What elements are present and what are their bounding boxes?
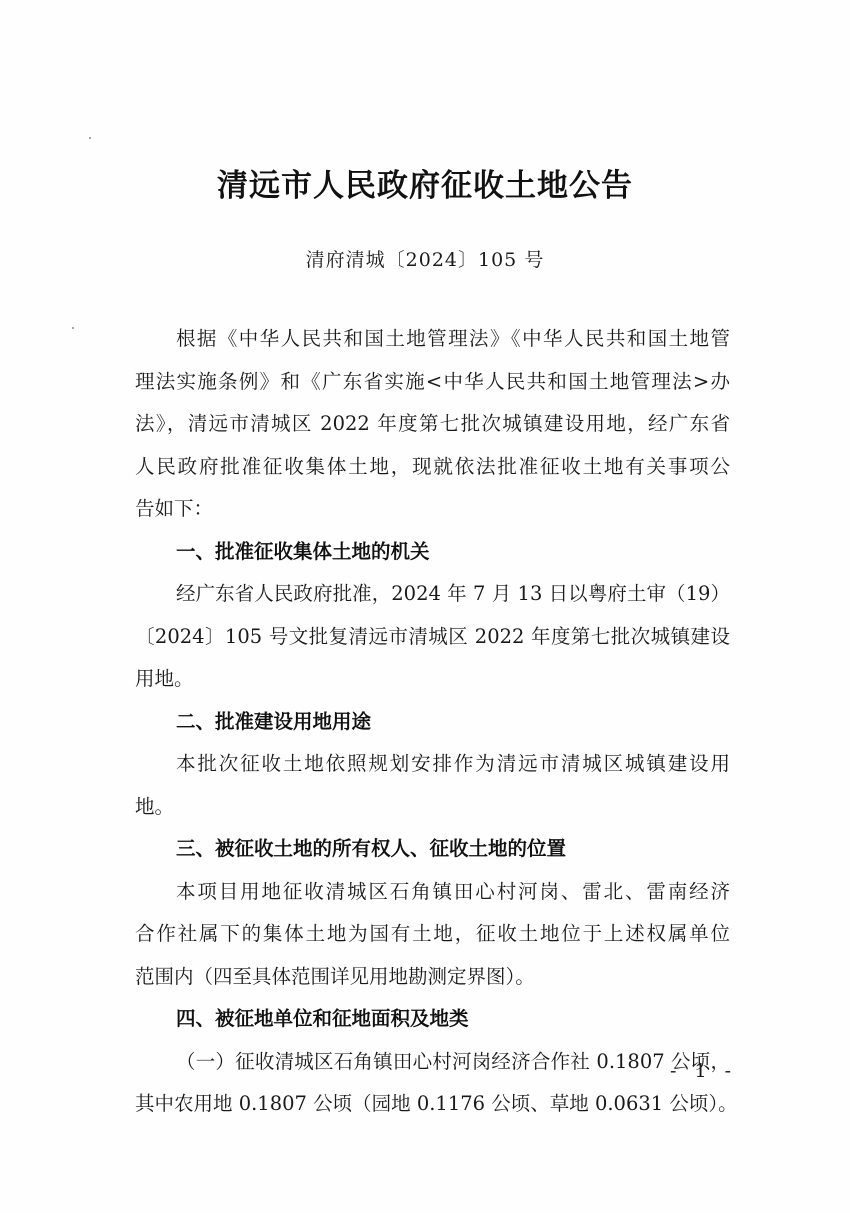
text-line: 用地。 xyxy=(135,658,730,701)
text-line: 〔2024〕105 号文批复清远市清城区 2022 年度第七批次城镇建设 xyxy=(135,616,730,659)
text-line: 经广东省人民政府批准，2024 年 7 月 13 日以粤府土审（19） xyxy=(135,573,730,616)
section-approving-authority: 一、批准征收集体土地的机关 经广东省人民政府批准，2024 年 7 月 13 日… xyxy=(135,531,730,701)
text-line: 本批次征收土地依照规划安排作为清远市清城区城镇建设用 xyxy=(135,743,730,786)
document-body: 根据《中华人民共和国土地管理法》《中华人民共和国土地管 理法实施条例》和《广东省… xyxy=(135,318,730,1126)
section-heading: 二、批准建设用地用途 xyxy=(135,701,730,744)
text-line: 根据《中华人民共和国土地管理法》《中华人民共和国土地管 xyxy=(135,318,730,361)
text-line: 其中农用地 0.1807 公顷（园地 0.1176 公顷、草地 0.0631 公… xyxy=(135,1083,730,1126)
text-line: 合作社属下的集体土地为国有土地，征收土地位于上述权属单位 xyxy=(135,913,730,956)
text-line: 本项目用地征收清城区石角镇田心村河岗、雷北、雷南经济 xyxy=(135,871,730,914)
text-line: 人民政府批准征收集体土地，现就依法批准征收土地有关事项公 xyxy=(135,446,730,489)
text-line: （一）征收清城区石角镇田心村河岗经济合作社 0.1807 公顷， xyxy=(135,1041,730,1084)
text-line: 地。 xyxy=(135,786,730,829)
document-page: 清远市人民政府征收土地公告 清府清城〔2024〕105 号 根据《中华人民共和国… xyxy=(0,0,850,1213)
section-units-area-category: 四、被征地单位和征地面积及地类 （一）征收清城区石角镇田心村河岗经济合作社 0.… xyxy=(135,998,730,1126)
text-line: 理法实施条例》和《广东省实施<中华人民共和国土地管理法>办 xyxy=(135,361,730,404)
section-owners-location: 三、被征收土地的所有权人、征收土地的位置 本项目用地征收清城区石角镇田心村河岗、… xyxy=(135,828,730,998)
text-line: 范围内（四至具体范围详见用地勘测定界图）。 xyxy=(135,956,730,999)
preamble-paragraph: 根据《中华人民共和国土地管理法》《中华人民共和国土地管 理法实施条例》和《广东省… xyxy=(135,318,730,531)
document-number: 清府清城〔2024〕105 号 xyxy=(0,245,850,272)
scan-speck xyxy=(89,137,91,139)
text-line: 法》，清远市清城区 2022 年度第七批次城镇建设用地，经广东省 xyxy=(135,403,730,446)
text-line: 告如下： xyxy=(135,488,730,531)
section-heading: 三、被征收土地的所有权人、征收土地的位置 xyxy=(135,828,730,871)
section-heading: 四、被征地单位和征地面积及地类 xyxy=(135,998,730,1041)
scan-speck xyxy=(72,327,74,329)
section-heading: 一、批准征收集体土地的机关 xyxy=(135,531,730,574)
section-land-use: 二、批准建设用地用途 本批次征收土地依照规划安排作为清远市清城区城镇建设用 地。 xyxy=(135,701,730,829)
page-number: - 1 - xyxy=(670,1060,737,1082)
document-title: 清远市人民政府征收土地公告 xyxy=(0,160,850,205)
